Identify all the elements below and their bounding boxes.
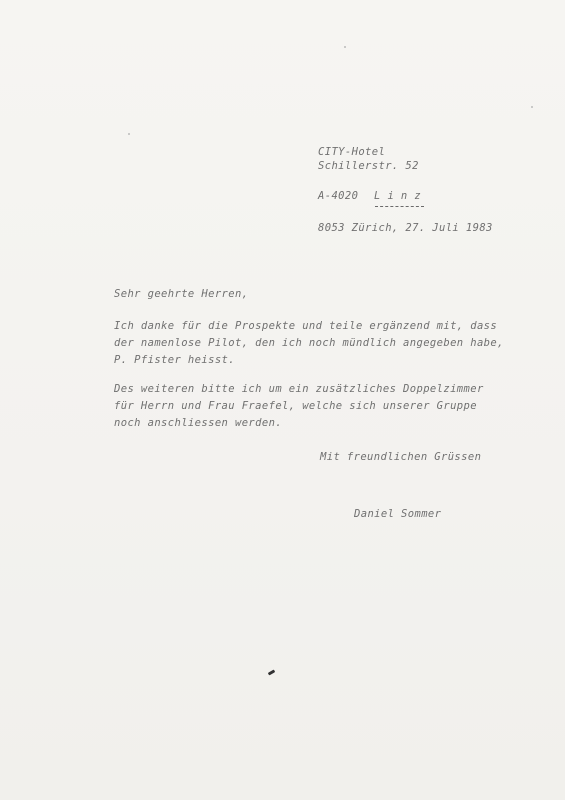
- address-postcode: A-4020: [318, 190, 358, 202]
- address-line-1: CITY-Hotel: [318, 146, 385, 158]
- signature: Daniel Sommer: [354, 508, 441, 520]
- paragraph-2-line-1: Des weiteren bitte ich um ein zusätzlich…: [114, 383, 484, 395]
- address-line-2: Schillerstr. 52: [318, 160, 419, 172]
- letter-page: CITY-Hotel Schillerstr. 52 A-4020 L i n …: [0, 0, 565, 800]
- address-city: L i n z: [374, 190, 421, 202]
- paragraph-1-line-3: P. Pfister heisst.: [114, 354, 235, 366]
- paragraph-2-line-2: für Herrn und Frau Fraefel, welche sich …: [114, 400, 477, 412]
- paper-speck: [344, 46, 346, 48]
- date-line: 8053 Zürich, 27. Juli 1983: [318, 222, 493, 234]
- paragraph-1-line-2: der namenlose Pilot, den ich noch mündli…: [114, 337, 504, 349]
- city-underline: [375, 206, 424, 208]
- paragraph-2-line-3: noch anschliessen werden.: [114, 417, 282, 429]
- ink-mark: [268, 669, 276, 675]
- paragraph-1-line-1: Ich danke für die Prospekte und teile er…: [114, 320, 497, 332]
- closing: Mit freundlichen Grüssen: [320, 451, 481, 463]
- paper-speck: [531, 106, 533, 108]
- salutation: Sehr geehrte Herren,: [114, 288, 248, 300]
- paper-speck: [128, 133, 130, 135]
